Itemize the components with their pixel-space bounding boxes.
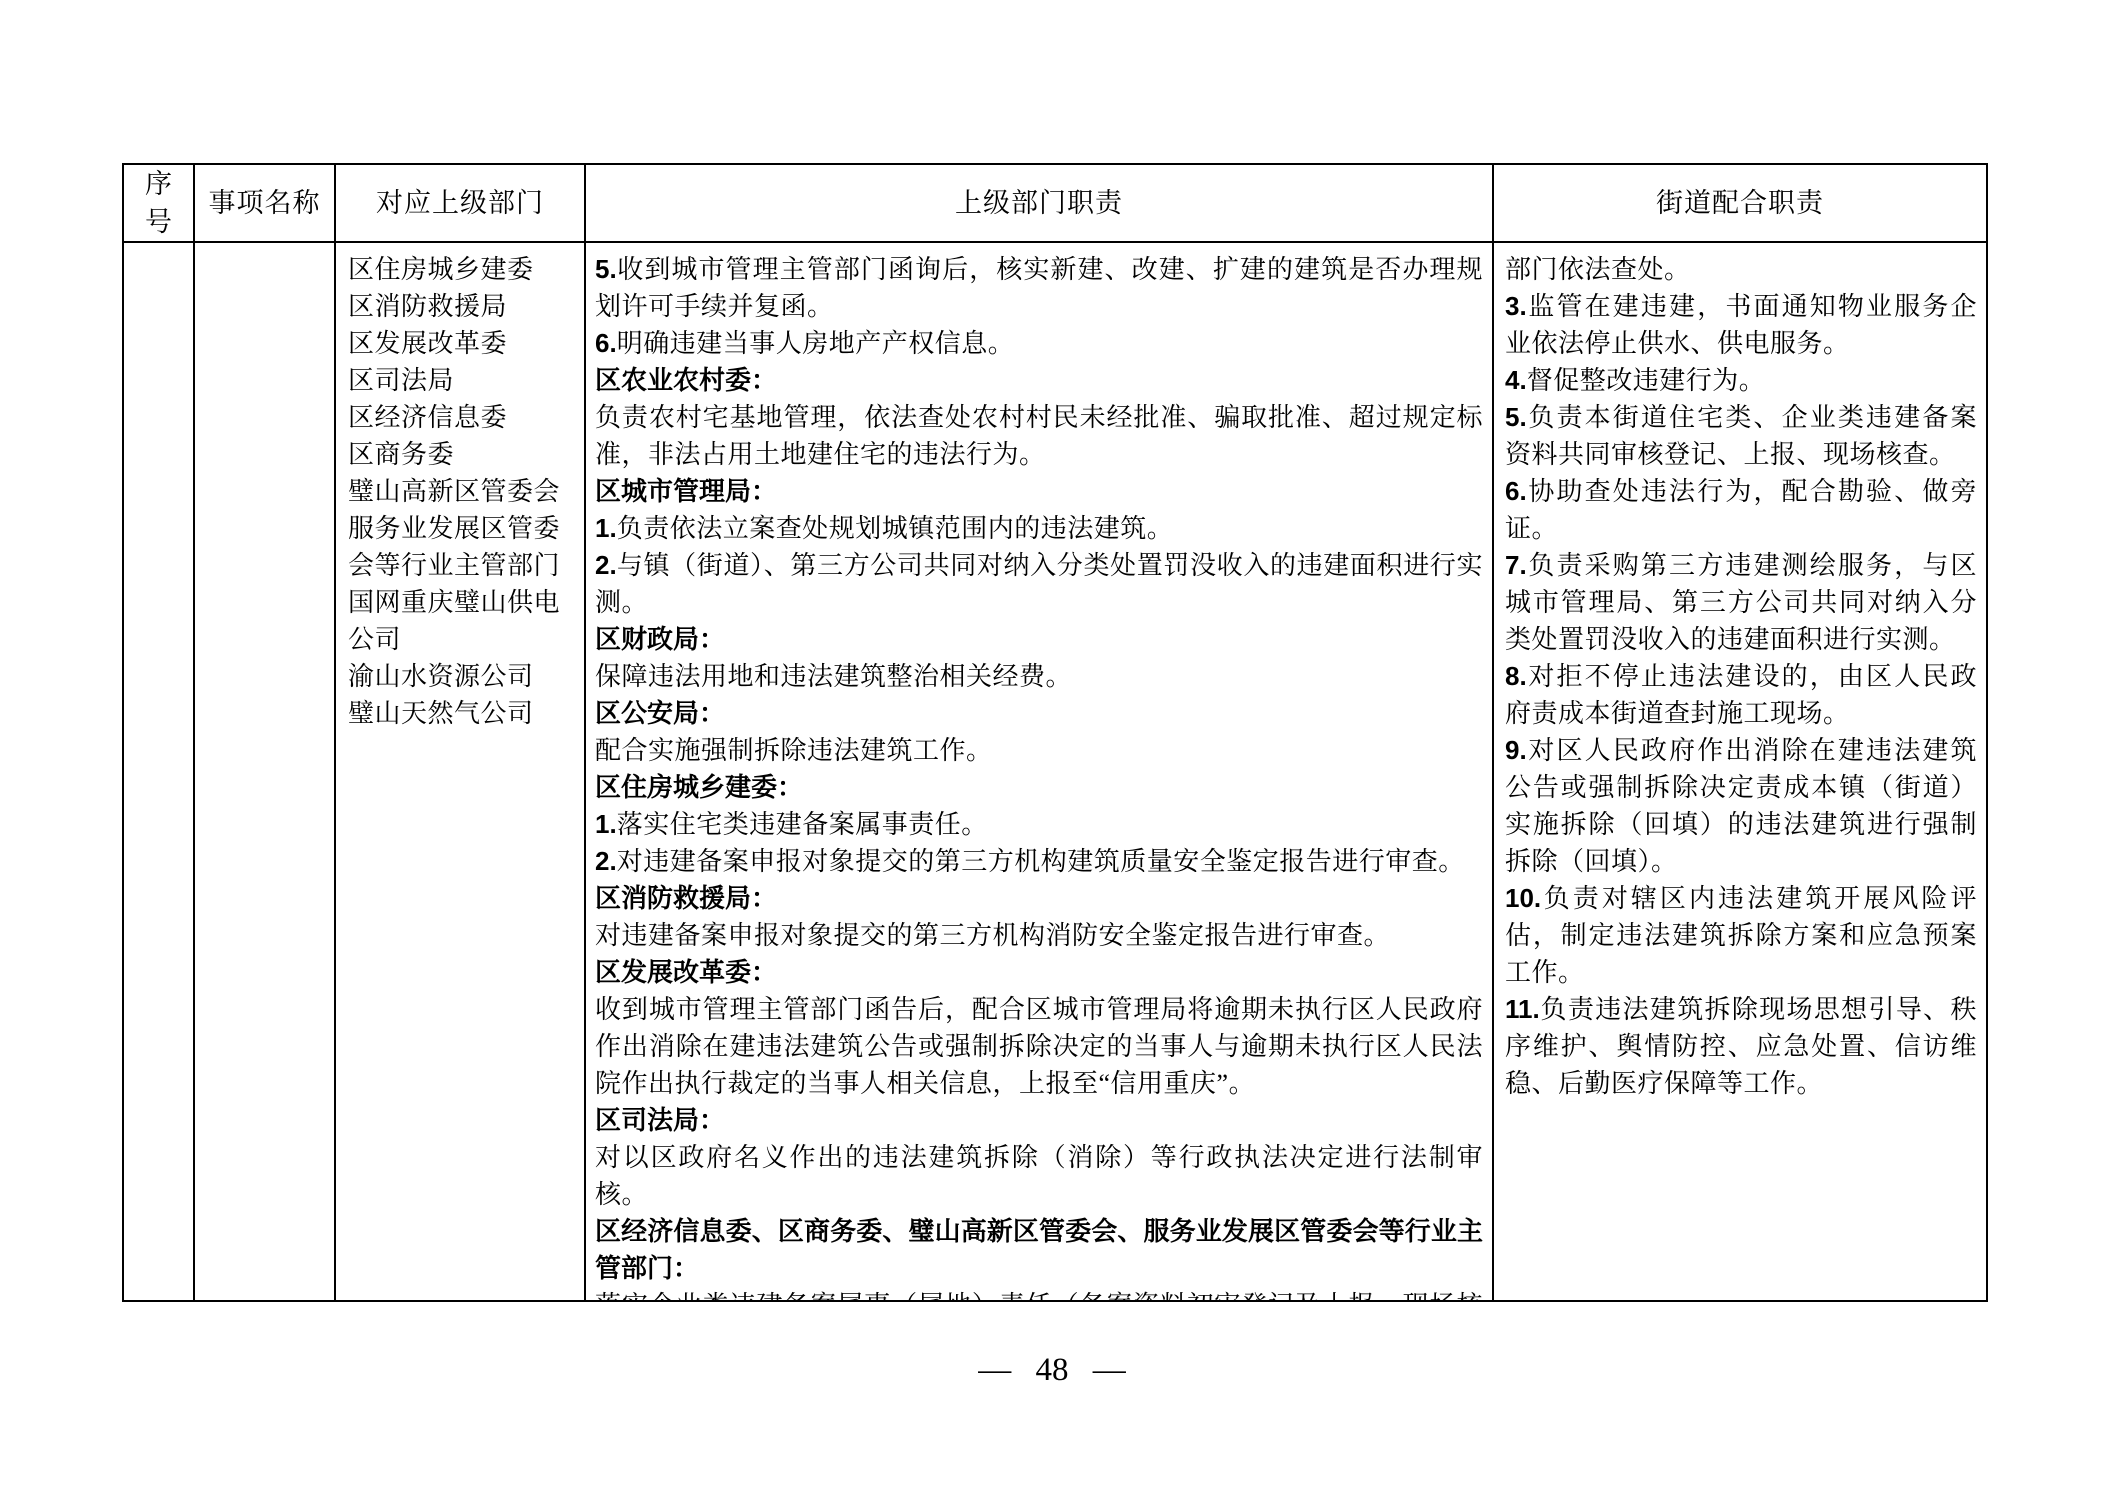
street-duty-paragraph: 部门依法查处。 [1505,251,1977,288]
item-number: 9. [1505,735,1527,765]
header-item-name: 事项名称 [195,165,336,241]
department-item: 渝山水资源公司 [348,658,562,695]
header-superior-department-label: 对应上级部门 [376,184,544,222]
superior-duty-paragraph: 区城市管理局： [595,473,1483,510]
responsibilities-table: 序号 事项名称 对应上级部门 上级部门职责 街道配合职责 区住房城乡建委区消防救… [122,163,1988,1302]
item-number: 7. [1505,550,1527,580]
header-superior-duties: 上级部门职责 [586,165,1494,241]
header-superior-duties-label: 上级部门职责 [955,184,1123,222]
street-duty-paragraph: 7.负责采购第三方违建测绘服务，与区城市管理局、第三方公司共同对纳入分类处置罚没… [1505,547,1977,658]
department-item: 区住房城乡建委 [348,251,562,288]
item-number: 8. [1505,661,1527,691]
department-item: 区经济信息委 [348,399,562,436]
cell-superior-duties: 5.收到城市管理主管部门函询后，核实新建、改建、扩建的建筑是否办理规划许可手续并… [586,243,1494,1300]
department-item: 服务业发展区管委会等行业主管部门 [348,510,562,584]
cell-item-name [195,243,336,1300]
item-number: 11. [1505,994,1540,1024]
item-number: 2. [595,846,617,876]
item-number: 5. [1505,402,1527,432]
cell-street-duties: 部门依法查处。3.监管在建违建，书面通知物业服务企业依法停止供水、供电服务。4.… [1494,243,1986,1300]
superior-duty-paragraph: 负责农村宅基地管理，依法查处农村村民未经批准、骗取批准、超过规定标准，非法占用土… [595,399,1483,473]
superior-duty-paragraph: 区公安局： [595,695,1483,732]
department-item: 区商务委 [348,436,562,473]
header-street-duties: 街道配合职责 [1494,165,1986,241]
superior-duty-paragraph: 2.与镇（街道）、第三方公司共同对纳入分类处置罚没收入的违建面积进行实测。 [595,547,1483,621]
superior-duty-paragraph: 区财政局： [595,621,1483,658]
superior-duty-paragraph: 2.对违建备案申报对象提交的第三方机构建筑质量安全鉴定报告进行审查。 [595,843,1483,880]
header-street-duties-label: 街道配合职责 [1656,184,1824,222]
department-item: 区发展改革委 [348,325,562,362]
superior-duty-paragraph: 区农业农村委： [595,362,1483,399]
superior-duty-paragraph: 区发展改革委： [595,954,1483,991]
item-number: 1. [595,809,617,839]
item-number: 10. [1505,883,1541,913]
department-item: 区消防救援局 [348,288,562,325]
street-duty-paragraph: 11.负责违法建筑拆除现场思想引导、秩序维护、舆情防控、应急处置、信访维稳、后勤… [1505,991,1977,1102]
superior-duty-paragraph: 区消防救援局： [595,880,1483,917]
item-number: 6. [595,328,617,358]
cell-superior-departments: 区住房城乡建委区消防救援局区发展改革委区司法局区经济信息委区商务委璧山高新区管委… [336,243,586,1300]
table-body-row: 区住房城乡建委区消防救援局区发展改革委区司法局区经济信息委区商务委璧山高新区管委… [124,243,1986,1300]
page-number: — 48 — [0,1352,2104,1389]
superior-duty-paragraph: 5.收到城市管理主管部门函询后，核实新建、改建、扩建的建筑是否办理规划许可手续并… [595,251,1483,325]
header-serial-number: 序号 [124,165,195,241]
department-item: 国网重庆璧山供电公司 [348,584,562,658]
item-number: 6. [1505,476,1527,506]
superior-duty-paragraph: 保障违法用地和违法建筑整治相关经费。 [595,658,1483,695]
header-superior-department: 对应上级部门 [336,165,586,241]
superior-duty-paragraph: 收到城市管理主管部门函告后，配合区城市管理局将逾期未执行区人民政府作出消除在建违… [595,991,1483,1102]
document-page: 序号 事项名称 对应上级部门 上级部门职责 街道配合职责 区住房城乡建委区消防救… [0,0,2104,1488]
street-duty-paragraph: 5.负责本街道住宅类、企业类违建备案资料共同审核登记、上报、现场核查。 [1505,399,1977,473]
superior-duty-paragraph: 区经济信息委、区商务委、璧山高新区管委会、服务业发展区管委会等行业主管部门： [595,1213,1483,1287]
superior-duty-paragraph: 区司法局： [595,1102,1483,1139]
item-number: 3. [1505,291,1527,321]
cell-serial-number [124,243,195,1300]
superior-duty-paragraph: 落实企业类违建备案属事（属地）责任（备案资料初审登记及上报、现场核查、 [595,1287,1483,1300]
superior-duty-paragraph: 对违建备案申报对象提交的第三方机构消防安全鉴定报告进行审查。 [595,917,1483,954]
superior-duty-paragraph: 配合实施强制拆除违法建筑工作。 [595,732,1483,769]
item-number: 1. [595,513,617,543]
street-duty-paragraph: 6.协助查处违法行为，配合勘验、做旁证。 [1505,473,1977,547]
header-item-name-label: 事项名称 [209,184,321,222]
table-header-row: 序号 事项名称 对应上级部门 上级部门职责 街道配合职责 [124,165,1986,243]
item-number: 5. [595,254,617,284]
superior-duty-paragraph: 1.落实住宅类违建备案属事责任。 [595,806,1483,843]
superior-duty-paragraph: 对以区政府名义作出的违法建筑拆除（消除）等行政执法决定进行法制审核。 [595,1139,1483,1213]
street-duty-paragraph: 10.负责对辖区内违法建筑开展风险评估，制定违法建筑拆除方案和应急预案工作。 [1505,880,1977,991]
superior-duty-paragraph: 6.明确违建当事人房地产产权信息。 [595,325,1483,362]
item-number: 4. [1505,365,1527,395]
street-duty-paragraph: 3.监管在建违建，书面通知物业服务企业依法停止供水、供电服务。 [1505,288,1977,362]
department-item: 璧山天然气公司 [348,695,562,732]
header-serial-number-label: 序号 [140,165,178,241]
department-item: 璧山高新区管委会 [348,473,562,510]
street-duty-paragraph: 8.对拒不停止违法建设的，由区人民政府责成本街道查封施工现场。 [1505,658,1977,732]
department-item: 区司法局 [348,362,562,399]
street-duty-paragraph: 4.督促整改违建行为。 [1505,362,1977,399]
street-duty-paragraph: 9.对区人民政府作出消除在建违法建筑公告或强制拆除决定责成本镇（街道）实施拆除（… [1505,732,1977,880]
item-number: 2. [595,550,617,580]
superior-duty-paragraph: 1.负责依法立案查处规划城镇范围内的违法建筑。 [595,510,1483,547]
superior-duty-paragraph: 区住房城乡建委： [595,769,1483,806]
